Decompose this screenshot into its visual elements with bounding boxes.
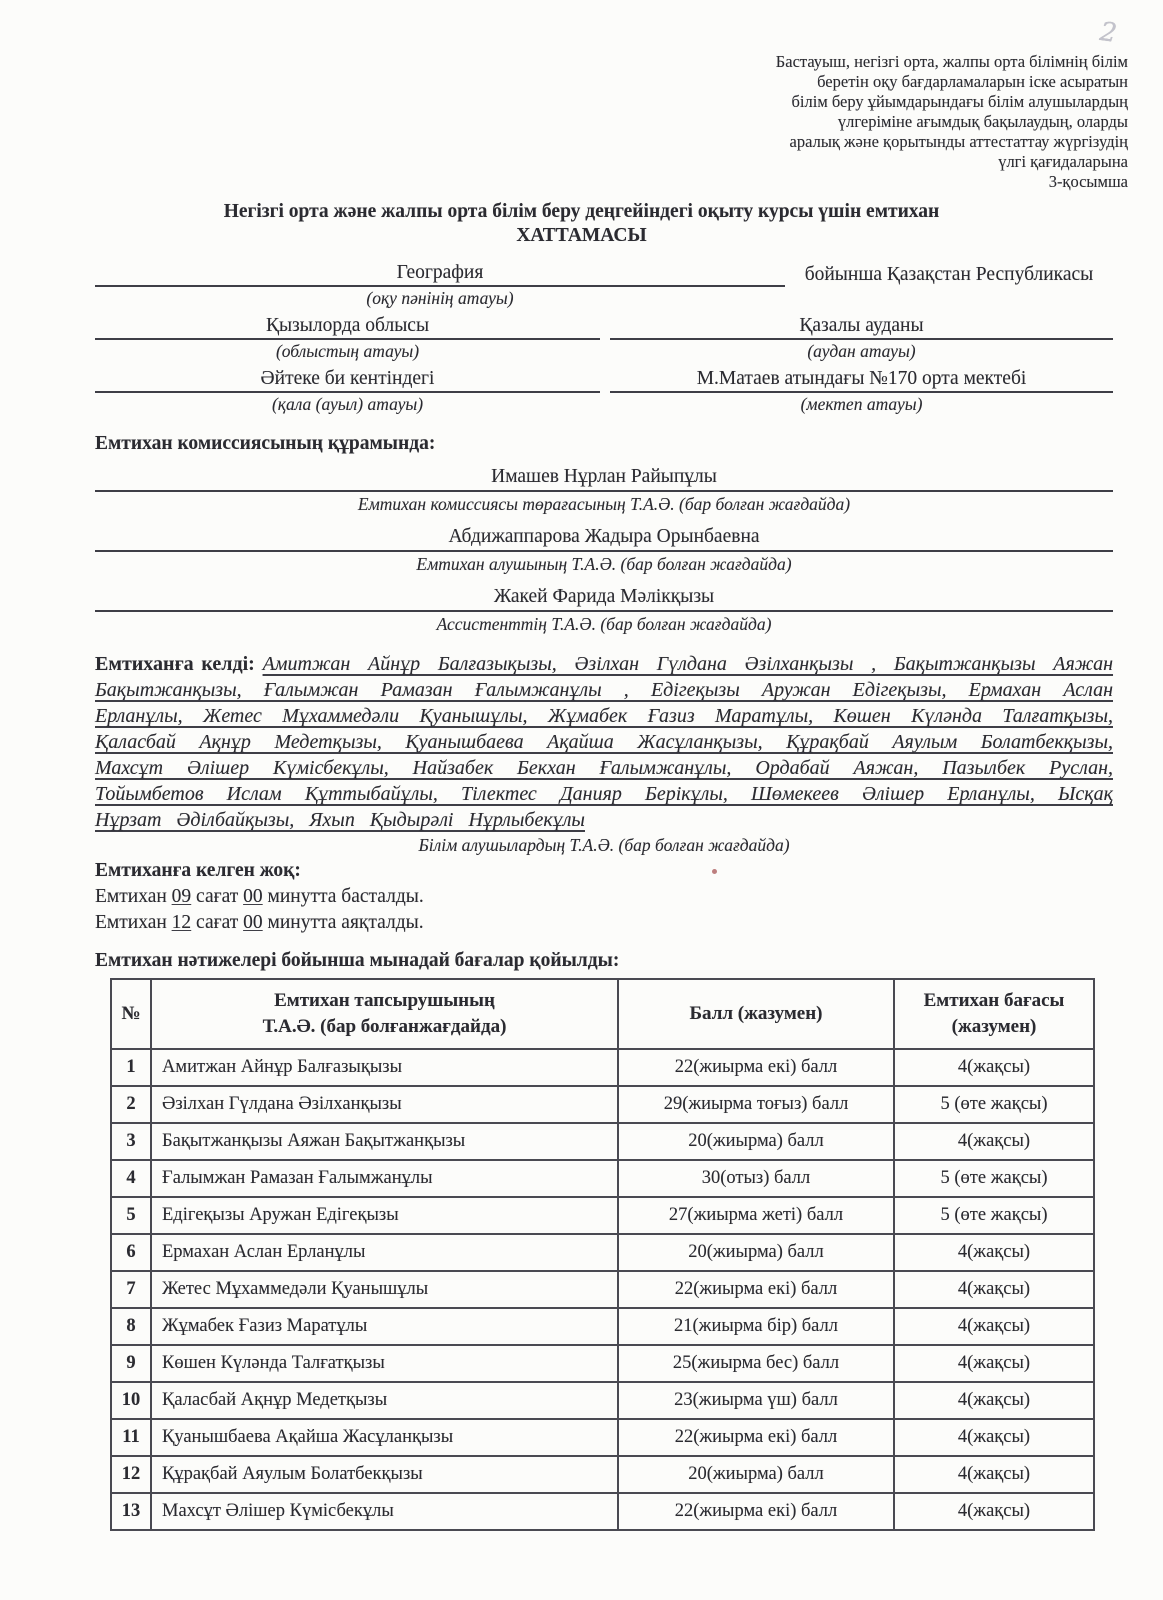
region-value: Қызылорда облысы [266,315,429,336]
student-name-cell: Жұмабек Ғазиз Маратұлы [151,1308,618,1345]
column-header-grade: Емтихан бағасы (жазумен) [894,979,1094,1049]
start-suffix: минутта басталды. [268,886,424,907]
subject-caption: (оқу пәнінің атауы) [95,288,785,309]
table-row: 12 Құрақбай Аяулым Болатбекқызы 20(жиырм… [111,1456,1094,1493]
student-name-cell: Көшен Күләнда Талғатқызы [151,1345,618,1382]
table-row: 11 Қуанышбаева Ақайша Жасұланқызы 22(жиы… [111,1419,1094,1456]
column-header-score: Балл (жазумен) [618,979,894,1049]
score-cell: 23(жиырма үш) балл [618,1382,894,1419]
grade-cell: 4(жақсы) [894,1123,1094,1160]
column-header-number: № [111,979,151,1049]
score-cell: 22(жиырма екі) балл [618,1493,894,1530]
row-number-cell: 2 [111,1086,151,1123]
grade-cell: 4(жақсы) [894,1234,1094,1271]
row-number-cell: 11 [111,1419,151,1456]
student-name-cell: Ғалымжан Рамазан Ғалымжанұлы [151,1160,618,1197]
end-minute: 00 [243,912,263,933]
grade-cell: 5 (өте жақсы) [894,1086,1094,1123]
grade-cell: 5 (өте жақсы) [894,1197,1094,1234]
grade-cell: 4(жақсы) [894,1382,1094,1419]
subject-field: География [95,262,785,287]
column-header-name-line2: Т.А.Ә. (бар болғанжағдайда) [156,1014,613,1040]
table-row: 13 Махсұт Әлішер Күмісбекұлы 22(жиырма е… [111,1493,1094,1530]
row-number-cell: 8 [111,1308,151,1345]
district-value: Қазалы ауданы [799,315,923,336]
student-name-cell: Едігеқызы Аружан Едігеқызы [151,1197,618,1234]
settlement-field: Әйтеке би кентіндегі [95,368,600,393]
commission-heading: Емтихан комиссиясының құрамында: [95,433,1113,455]
row-number-cell: 10 [111,1382,151,1419]
row-number-cell: 3 [111,1123,151,1160]
appendix-note: Бастауыш, негізгі орта, жалпы орта білім… [648,52,1128,192]
row-number-cell: 9 [111,1345,151,1382]
score-cell: 22(жиырма екі) балл [618,1049,894,1086]
start-hour-word: сағат [196,886,238,907]
score-cell: 20(жиырма) балл [618,1123,894,1160]
document-body: География бойынша Қазақстан Республикасы… [95,262,1113,1531]
attendees-paragraph: Емтиханға келді: Амитжан Айнұр Балғазықы… [95,651,1113,833]
document-title-line2: ХАТТАМАСЫ [0,224,1163,248]
student-name-cell: Әзілхан Гүлдана Әзілханқызы [151,1086,618,1123]
student-name-cell: Амитжан Айнұр Балғазықызы [151,1049,618,1086]
grade-cell: 4(жақсы) [894,1493,1094,1530]
examiner-name: Абдижаппарова Жадыра Орынбаевна [95,526,1113,552]
document-title-line1: Негізгі орта және жалпы орта білім беру … [0,200,1163,224]
score-cell: 30(отыз) балл [618,1160,894,1197]
grade-cell: 4(жақсы) [894,1308,1094,1345]
settlement-caption: (қала (ауыл) атауы) [95,394,600,415]
district-field: Қазалы ауданы [610,315,1113,340]
attendees-names: Амитжан Айнұр Балғазықызы, Әзілхан Гүлда… [95,653,1113,831]
form-caption-region-district-row: (облыстың атауы) (аудан атауы) [95,341,1113,362]
exam-end-line: Емтихан 12 сағат 00 минутта аяқталды. [95,912,1113,934]
subject-suffix: бойынша Қазақстан Республикасы [785,264,1113,287]
row-number-cell: 4 [111,1160,151,1197]
handwritten-page-number: 2 [1098,17,1119,49]
results-table: № Емтихан тапсырушының Т.А.Ә. (бар болға… [110,978,1095,1531]
table-row: 5 Едігеқызы Аружан Едігеқызы 27(жиырма ж… [111,1197,1094,1234]
table-row: 7 Жетес Мұхаммедәли Қуанышұлы 22(жиырма … [111,1271,1094,1308]
row-number-cell: 6 [111,1234,151,1271]
region-caption: (облыстың атауы) [95,341,600,362]
score-cell: 20(жиырма) балл [618,1234,894,1271]
student-name-cell: Ермахан Аслан Ерланұлы [151,1234,618,1271]
score-cell: 20(жиырма) балл [618,1456,894,1493]
table-row: 3 Бақытжанқызы Аяжан Бақытжанқызы 20(жиы… [111,1123,1094,1160]
exam-start-line: Емтихан 09 сағат 00 минутта басталды. [95,886,1113,908]
student-name-cell: Қуанышбаева Ақайша Жасұланқызы [151,1419,618,1456]
grade-cell: 4(жақсы) [894,1345,1094,1382]
start-minute: 00 [243,886,263,907]
start-hour: 09 [172,886,192,907]
score-cell: 22(жиырма екі) балл [618,1271,894,1308]
table-row: 2 Әзілхан Гүлдана Әзілханқызы 29(жиырма … [111,1086,1094,1123]
subject-value: География [397,262,484,283]
form-caption-settlement-school-row: (қала (ауыл) атауы) (мектеп атауы) [95,394,1113,415]
ink-speck [712,869,717,874]
row-number-cell: 12 [111,1456,151,1493]
row-number-cell: 13 [111,1493,151,1530]
end-suffix: минутта аяқталды. [268,912,424,933]
row-number-cell: 7 [111,1271,151,1308]
settlement-value: Әйтеке би кентіндегі [261,368,435,389]
student-name-cell: Қаласбай Ақнұр Медетқызы [151,1382,618,1419]
column-header-name-line1: Емтихан тапсырушының [156,988,613,1014]
chairman-caption: Емтихан комиссиясы төрағасының Т.А.Ә. (б… [95,494,1113,515]
student-name-cell: Бақытжанқызы Аяжан Бақытжанқызы [151,1123,618,1160]
form-row-settlement-school: Әйтеке би кентіндегі М.Матаев атындағы №… [95,368,1113,393]
commission-member-assistant: Жакей Фарида Мәлікқызы Ассистенттің Т.А.… [95,586,1113,635]
grade-cell: 5 (өте жақсы) [894,1160,1094,1197]
table-row: 10 Қаласбай Ақнұр Медетқызы 23(жиырма үш… [111,1382,1094,1419]
attendees-caption: Білім алушылардың Т.А.Ә. (бар болған жағ… [95,835,1113,856]
row-number-cell: 1 [111,1049,151,1086]
attendees-label: Емтиханға келді: [95,653,255,675]
assistant-name: Жакей Фарида Мәлікқызы [95,586,1113,612]
absent-label: Емтиханға келген жоқ: [95,860,1113,882]
score-cell: 25(жиырма бес) балл [618,1345,894,1382]
end-hour: 12 [172,912,192,933]
table-row: 4 Ғалымжан Рамазан Ғалымжанұлы 30(отыз) … [111,1160,1094,1197]
table-row: 9 Көшен Күләнда Талғатқызы 25(жиырма бес… [111,1345,1094,1382]
table-row: 8 Жұмабек Ғазиз Маратұлы 21(жиырма бір) … [111,1308,1094,1345]
column-header-grade-line1: Емтихан бағасы [899,988,1089,1014]
row-number-cell: 5 [111,1197,151,1234]
student-name-cell: Құрақбай Аяулым Болатбекқызы [151,1456,618,1493]
column-header-name: Емтихан тапсырушының Т.А.Ә. (бар болғанж… [151,979,618,1049]
student-name-cell: Махсұт Әлішер Күмісбекұлы [151,1493,618,1530]
school-value: М.Матаев атындағы №170 орта мектебі [697,368,1027,389]
results-heading: Емтихан нәтижелері бойынша мынадай бағал… [95,950,1113,972]
chairman-name: Имашев Нұрлан Райыпұлы [95,466,1113,492]
score-cell: 29(жиырма тоғыз) балл [618,1086,894,1123]
end-hour-word: сағат [196,912,238,933]
column-header-score-text: Балл (жазумен) [623,1001,889,1027]
table-row: 1 Амитжан Айнұр Балғазықызы 22(жиырма ек… [111,1049,1094,1086]
district-caption: (аудан атауы) [610,341,1113,362]
grade-cell: 4(жақсы) [894,1419,1094,1456]
score-cell: 27(жиырма жеті) балл [618,1197,894,1234]
score-cell: 21(жиырма бір) балл [618,1308,894,1345]
commission-member-chairman: Имашев Нұрлан Райыпұлы Емтихан комиссияс… [95,466,1113,515]
column-header-number-text: № [116,1001,146,1027]
end-prefix: Емтихан [95,912,167,933]
student-name-cell: Жетес Мұхаммедәли Қуанышұлы [151,1271,618,1308]
document-title: Негізгі орта және жалпы орта білім беру … [0,200,1163,248]
region-field: Қызылорда облысы [95,315,600,340]
grade-cell: 4(жақсы) [894,1271,1094,1308]
results-header-row: № Емтихан тапсырушының Т.А.Ә. (бар болға… [111,979,1094,1049]
table-row: 6 Ермахан Аслан Ерланұлы 20(жиырма) балл… [111,1234,1094,1271]
assistant-caption: Ассистенттің Т.А.Ә. (бар болған жағдайда… [95,614,1113,635]
school-caption: (мектеп атауы) [610,394,1113,415]
form-caption-subject-row: (оқу пәнінің атауы) [95,288,1113,309]
form-row-region-district: Қызылорда облысы Қазалы ауданы [95,315,1113,340]
commission-member-examiner: Абдижаппарова Жадыра Орынбаевна Емтихан … [95,526,1113,575]
school-field: М.Матаев атындағы №170 орта мектебі [610,368,1113,393]
start-prefix: Емтихан [95,886,167,907]
results-table-body: 1 Амитжан Айнұр Балғазықызы 22(жиырма ек… [111,1049,1094,1530]
column-header-grade-line2: (жазумен) [899,1014,1089,1040]
score-cell: 22(жиырма екі) балл [618,1419,894,1456]
examiner-caption: Емтихан алушының Т.А.Ә. (бар болған жағд… [95,554,1113,575]
scanned-exam-protocol-page: 2 Бастауыш, негізгі орта, жалпы орта біл… [0,0,1163,1600]
grade-cell: 4(жақсы) [894,1049,1094,1086]
form-row-subject: География бойынша Қазақстан Республикасы [95,262,1113,287]
results-table-head: № Емтихан тапсырушының Т.А.Ә. (бар болға… [111,979,1094,1049]
grade-cell: 4(жақсы) [894,1456,1094,1493]
